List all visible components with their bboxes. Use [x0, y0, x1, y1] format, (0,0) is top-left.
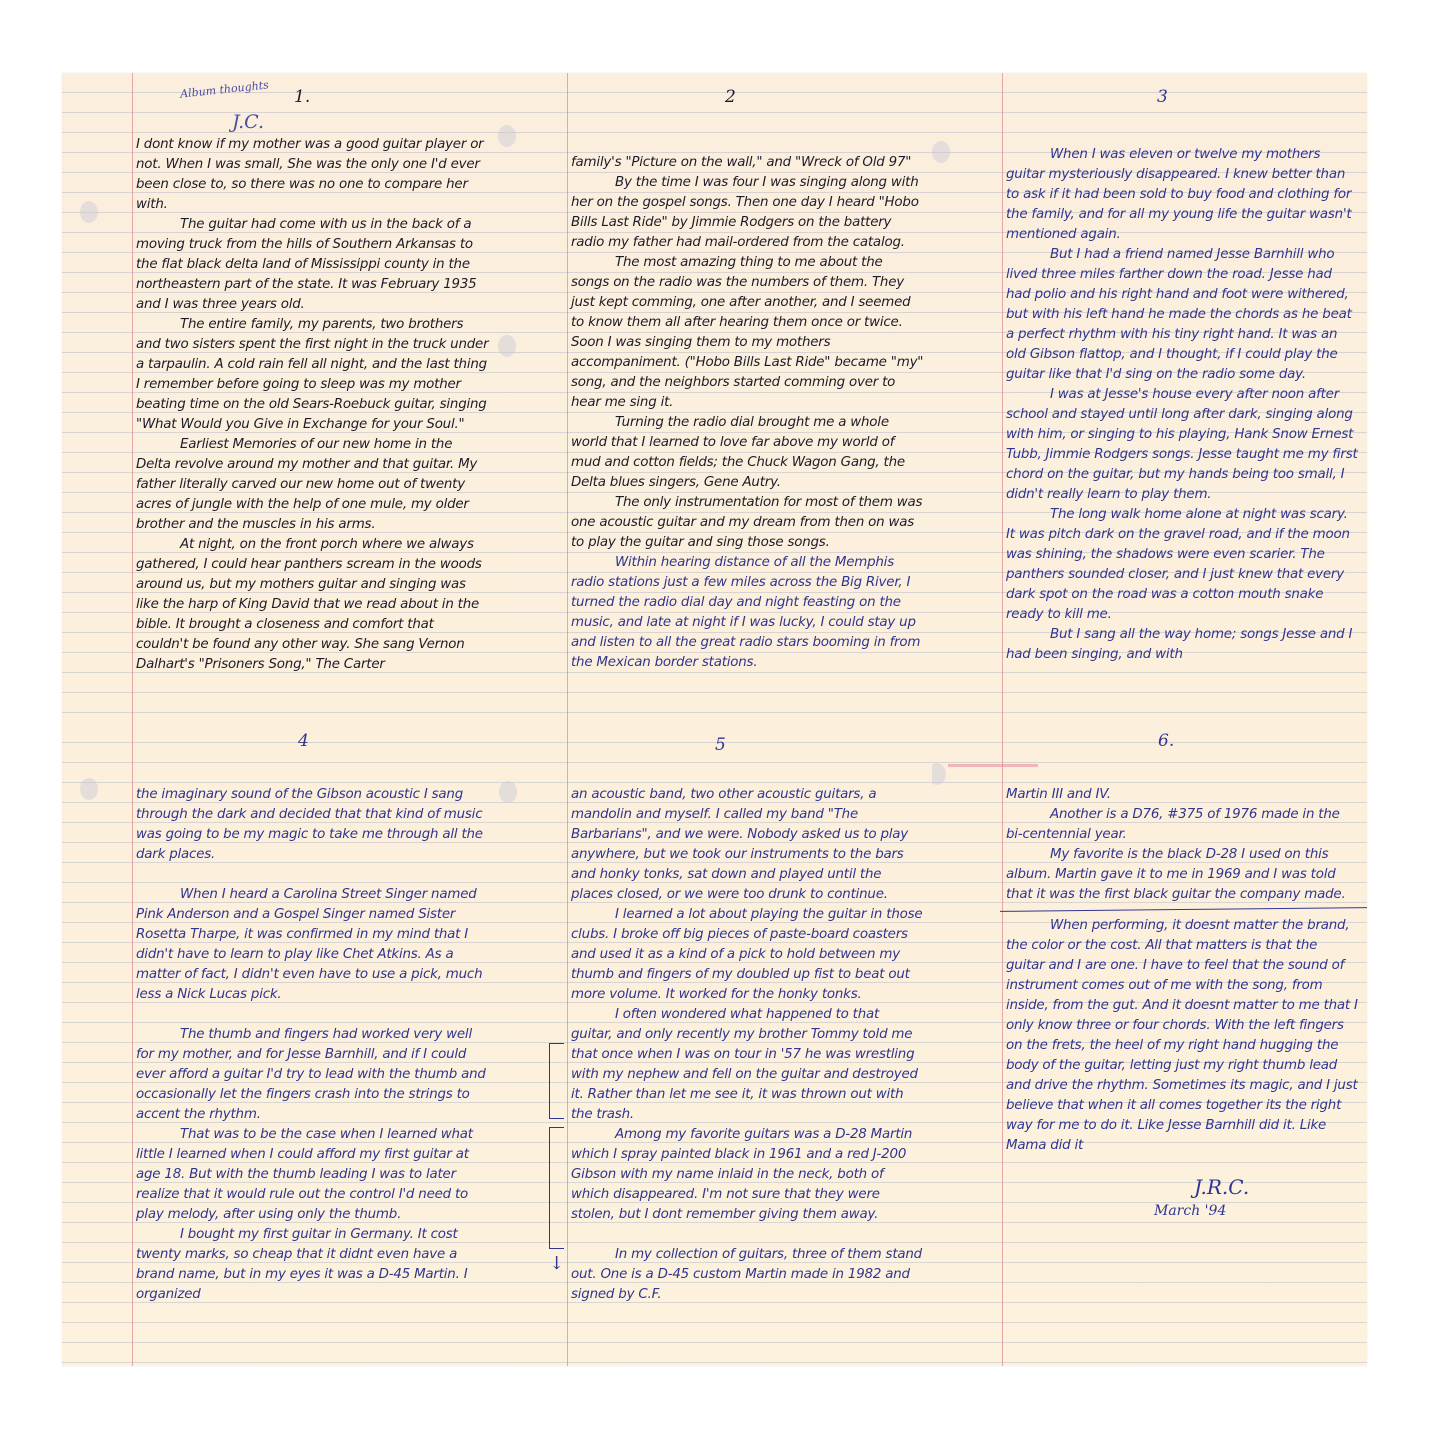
- paragraph: Earliest Memories of our new home in the…: [136, 435, 489, 535]
- punch-hole: [932, 141, 950, 163]
- down-arrow-icon: ↓: [549, 1253, 564, 1274]
- paragraph: Among my favorite guitars was a D-28 Mar…: [571, 1125, 924, 1225]
- revision-bracket: [549, 1127, 564, 1249]
- margin-line: [132, 73, 133, 723]
- paragraph: Turning the radio dial brought me a whol…: [571, 413, 924, 493]
- paragraph: But I had a friend named Jesse Barnhill …: [1006, 245, 1359, 385]
- page-6: 6. Martin III and IV.Another is a D76, #…: [932, 723, 1367, 1366]
- paragraph: Within hearing distance of all the Memph…: [571, 553, 924, 673]
- notebook-sheet: Album thoughts 1. J.C. I dont know if my…: [62, 73, 1367, 1366]
- paragraph: The guitar had come with us in the back …: [136, 215, 489, 315]
- paragraph: When performing, it doesnt matter the br…: [1006, 916, 1359, 1156]
- title-note: Album thoughts: [180, 78, 270, 100]
- page-body: the imaginary sound of the Gibson acoust…: [136, 785, 489, 1305]
- page-3: 3 When I was eleven or twelve my mothers…: [932, 73, 1367, 723]
- paragraph: The most amazing thing to me about the s…: [571, 253, 924, 413]
- author-initials: J.C.: [232, 111, 264, 133]
- margin-line: [567, 723, 568, 1366]
- punch-hole: [932, 763, 946, 785]
- paragraph: But I sang all the way home; songs Jesse…: [1006, 625, 1359, 665]
- paragraph: The entire family, my parents, two broth…: [136, 315, 489, 435]
- paragraph: I bought my first guitar in Germany. It …: [136, 1225, 489, 1305]
- page-number: 3: [1157, 87, 1168, 107]
- signature-date: March '94: [1154, 1203, 1226, 1219]
- paragraph: an acoustic band, two other acoustic gui…: [571, 785, 924, 905]
- paragraph: The thumb and fingers had worked very we…: [136, 1025, 489, 1125]
- page-number: 4: [298, 731, 309, 751]
- page-1: Album thoughts 1. J.C. I dont know if my…: [62, 73, 497, 723]
- paragraph: I dont know if my mother was a good guit…: [136, 135, 489, 215]
- revision-bracket: [549, 1043, 564, 1119]
- highlighter-mark: [948, 764, 1038, 767]
- paragraph: My favorite is the black D-28 I used on …: [1006, 845, 1359, 905]
- margin-line: [132, 723, 133, 1366]
- paragraph: I often wondered what happened to that g…: [571, 1005, 924, 1125]
- paragraph: The long walk home alone at night was sc…: [1006, 505, 1359, 625]
- paragraph: When I heard a Carolina Street Singer na…: [136, 885, 489, 1005]
- punch-hole: [499, 781, 517, 803]
- paragraph: family's "Picture on the wall," and "Wre…: [571, 153, 924, 173]
- page-number: 6.: [1158, 731, 1174, 751]
- page-2: 2 family's "Picture on the wall," and "W…: [497, 73, 932, 723]
- signature: J.R.C.: [1194, 1175, 1249, 1199]
- paragraph: In my collection of guitars, three of th…: [571, 1245, 924, 1305]
- paragraph: The only instrumentation for most of the…: [571, 493, 924, 553]
- margin-line: [1002, 73, 1003, 723]
- punch-hole: [80, 201, 98, 223]
- paragraph: Martin III and IV.: [1006, 785, 1359, 805]
- punch-hole: [498, 335, 516, 357]
- page-5: 5 ↓ an acoustic band, two other acoustic…: [497, 723, 932, 1366]
- page-body: Martin III and IV.Another is a D76, #375…: [1006, 785, 1359, 1156]
- paragraph: At night, on the front porch where we al…: [136, 535, 489, 675]
- paragraph: Another is a D76, #375 of 1976 made in t…: [1006, 805, 1359, 845]
- page-body: family's "Picture on the wall," and "Wre…: [571, 153, 924, 673]
- punch-hole: [80, 778, 98, 800]
- page-4: 4 the imaginary sound of the Gibson acou…: [62, 723, 497, 1366]
- paragraph: When I was eleven or twelve my mothers g…: [1006, 145, 1359, 245]
- paragraph: I learned a lot about playing the guitar…: [571, 905, 924, 1005]
- page-number: 1.: [294, 87, 310, 107]
- paragraph: That was to be the case when I learned w…: [136, 1125, 489, 1225]
- paragraph: By the time I was four I was singing alo…: [571, 173, 924, 253]
- paragraph: the imaginary sound of the Gibson acoust…: [136, 785, 489, 865]
- page-body: an acoustic band, two other acoustic gui…: [571, 785, 924, 1305]
- page-body: I dont know if my mother was a good guit…: [136, 135, 489, 675]
- divider-line: [1000, 907, 1367, 912]
- margin-line: [1002, 723, 1003, 1366]
- punch-hole: [498, 125, 516, 147]
- page-body: When I was eleven or twelve my mothers g…: [1006, 145, 1359, 665]
- page-number: 5: [715, 735, 726, 755]
- margin-line: [567, 73, 568, 723]
- page-number: 2: [725, 87, 736, 107]
- paragraph: I was at Jesse's house every after noon …: [1006, 385, 1359, 505]
